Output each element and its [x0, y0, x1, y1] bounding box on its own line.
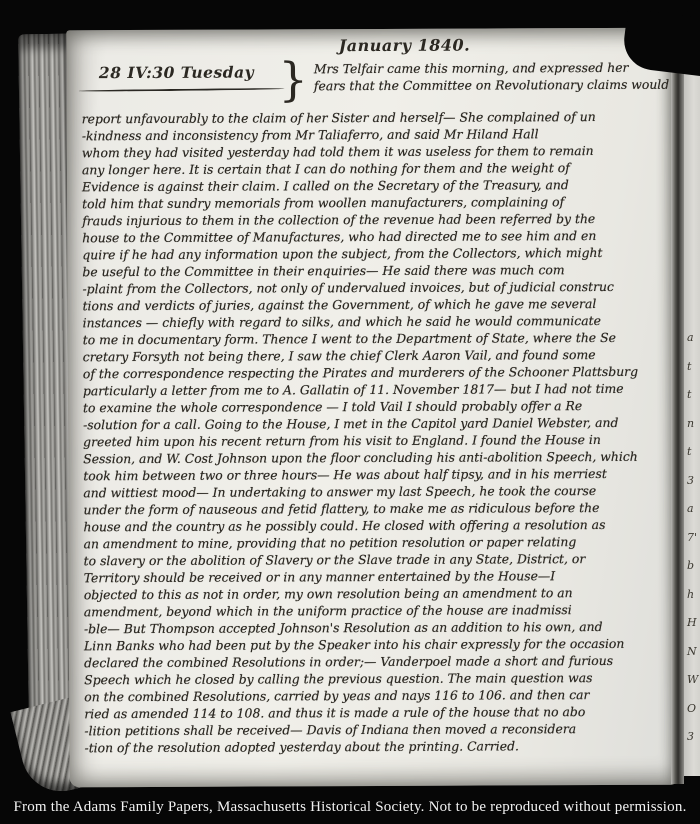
diary-line: whom they had visited yesterday had told…: [82, 142, 669, 162]
archive-caption: From the Adams Family Papers, Massachuse…: [0, 799, 700, 816]
diary-line: to slavery or the abolition of Slavery o…: [84, 550, 671, 570]
facing-page-fragment: t: [687, 353, 700, 382]
facing-page-fragment: 3: [687, 723, 700, 752]
facing-page-fragment: W: [687, 666, 700, 695]
diary-line: ried as amended 114 to 108. and thus it …: [84, 703, 671, 723]
diary-line: house and the country as he possibly cou…: [83, 516, 670, 536]
facing-page-fragment: O: [687, 695, 700, 724]
entry-date-underline: [79, 88, 285, 92]
facing-page-fragment: 3: [687, 467, 700, 496]
facing-page-fragment: a: [687, 324, 700, 353]
entry-opening: 28 IV:30 Tuesday } Mrs Telfair came this…: [66, 57, 672, 106]
facing-page-fragments: attnt3a7'bhHNWO3: [684, 34, 700, 752]
gutter-shadow: [671, 30, 684, 784]
diary-line: quire if he had any information upon the…: [82, 244, 669, 264]
facing-page-fragment: t: [687, 438, 700, 467]
diary-line: -tion of the resolution adopted yesterda…: [84, 737, 671, 757]
facing-page-fragment: t: [687, 381, 700, 410]
facing-page-fragment: 7': [687, 524, 700, 553]
entry-date-marker: 28 IV:30 Tuesday: [78, 62, 274, 82]
manuscript-scan: January 1840. 28 IV:30 Tuesday } Mrs Tel…: [0, 0, 700, 824]
facing-page-fragment: N: [687, 638, 700, 667]
entry-date-block: 28 IV:30 Tuesday: [78, 58, 274, 91]
facing-page-fragment: a: [687, 495, 700, 524]
diary-entry-body: report unfavourably to the claim of her …: [67, 108, 676, 757]
diary-line: Mrs Telfair came this morning, and expre…: [314, 59, 669, 78]
diary-line: fears that the Committee on Revolutionar…: [314, 76, 669, 95]
entry-brace: }: [278, 54, 307, 104]
entry-opening-lines: Mrs Telfair came this morning, and expre…: [314, 57, 669, 95]
facing-page-sliver: attnt3a7'bhHNWO3: [684, 34, 700, 776]
facing-page-fragment: b: [687, 552, 700, 581]
page-heading: January 1840.: [66, 35, 672, 57]
diary-line: report unfavourably to the claim of her …: [82, 108, 669, 128]
facing-page-fragment: H: [687, 609, 700, 638]
diary-page: January 1840. 28 IV:30 Tuesday } Mrs Tel…: [66, 28, 675, 788]
facing-page-fragment: n: [687, 410, 700, 439]
facing-page-fragment: h: [687, 581, 700, 610]
